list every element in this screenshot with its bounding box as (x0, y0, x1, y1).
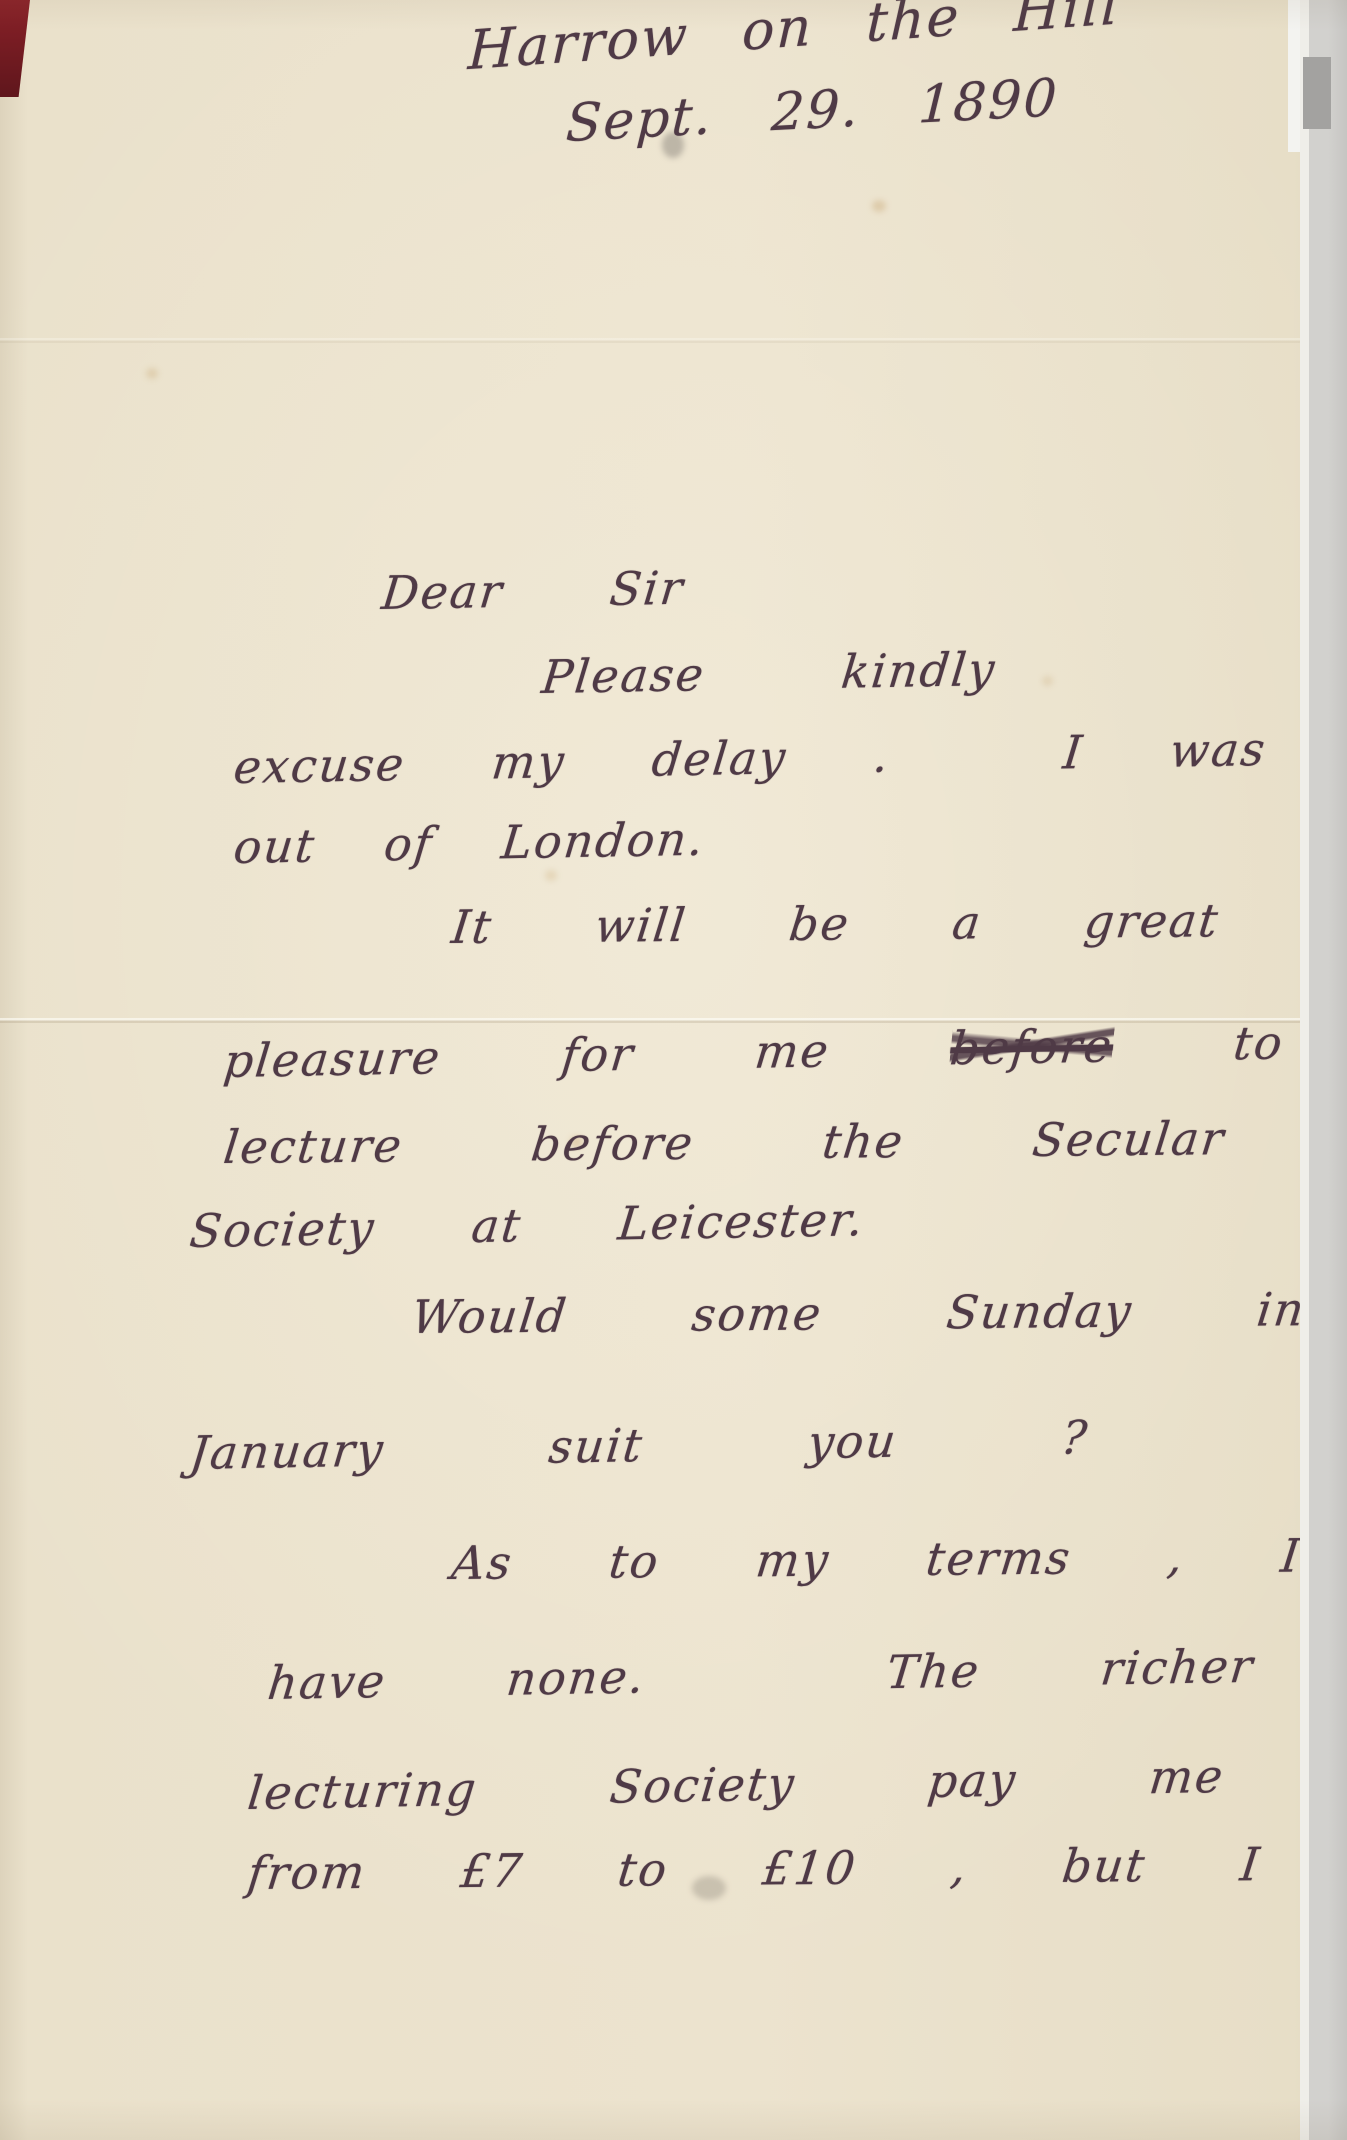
letter-line-text: pleasure for me (221, 1023, 833, 1088)
letter-line: from £7 to £10 , but I (245, 1841, 1263, 1896)
letter-line: January suit you ? (188, 1414, 1092, 1476)
scanner-edge-strip (1300, 0, 1347, 2140)
letter-line: It will be a great (449, 897, 1222, 950)
foxing-spot (872, 200, 886, 212)
letter-date-line: Sept. 29. 1890 (565, 72, 1060, 150)
letter-line: Please kindly (540, 646, 999, 700)
fold-crease-upper (0, 338, 1305, 343)
foxing-spot (545, 870, 557, 881)
letter-line: excuse my delay . I was (232, 726, 1269, 790)
struck-out-word: before (948, 1018, 1116, 1075)
letter-line: Would some Sunday in (409, 1286, 1308, 1340)
letter-line: lecture before the Secular (221, 1115, 1227, 1170)
letter-line-text: to (1231, 1015, 1287, 1070)
scanner-edge-block (1303, 57, 1331, 129)
letter-line: out of London. (232, 816, 708, 870)
foxing-spot (146, 368, 158, 379)
letter-line: As to my terms , I (449, 1533, 1304, 1586)
letter-line: have none. The richer (266, 1643, 1257, 1706)
letter-line-with-strikeout: pleasure for me before to (222, 1019, 1287, 1084)
letter-line: Society at Leicester. (188, 1196, 868, 1254)
letter-salutation: Dear Sir (380, 565, 687, 616)
scanned-letter-page: Harrow on the Hill Sept. 29. 1890 Dear S… (0, 0, 1347, 2140)
foxing-spot (1042, 676, 1053, 686)
corner-red-artifact (0, 0, 30, 97)
letter-line: lecturing Society pay me (246, 1753, 1227, 1816)
letter-place-line: Harrow on the Hill (467, 0, 1121, 78)
